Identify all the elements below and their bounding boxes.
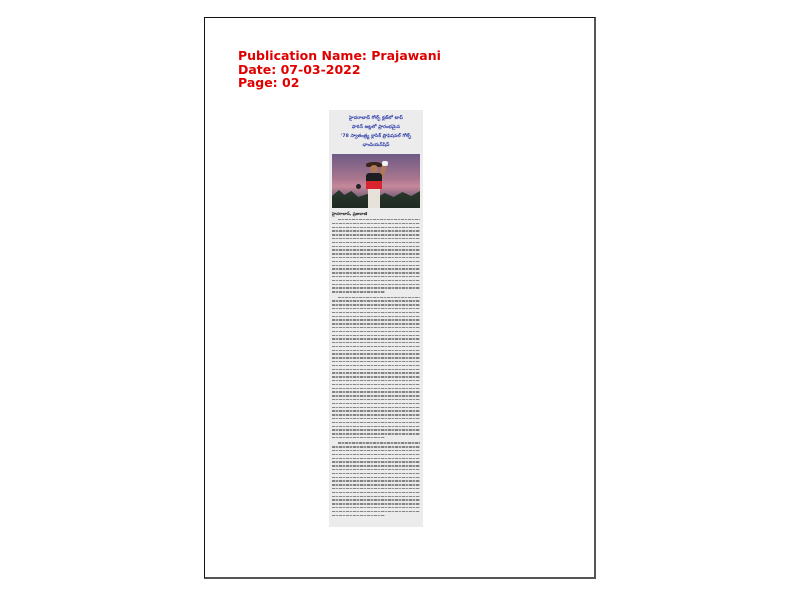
article-text-line xyxy=(332,342,420,343)
article-text-line xyxy=(332,249,420,250)
article-text-line xyxy=(332,499,420,500)
article-text-line xyxy=(332,265,420,266)
article-text-line xyxy=(332,454,420,455)
article-dateline: హైదరాబాద్, ప్రజావాణి xyxy=(332,211,420,217)
article-text-line xyxy=(332,403,420,404)
article-text-line xyxy=(332,450,420,451)
article-text-line xyxy=(332,369,420,370)
article-text-line xyxy=(332,246,420,247)
article-text-line xyxy=(332,284,420,285)
article-text-line xyxy=(332,308,420,309)
article-text-line xyxy=(332,426,420,427)
article-text-line xyxy=(332,511,420,512)
article-text-line xyxy=(332,316,420,317)
headline-line: హైదరాబాద్ గోల్ఫ్ క్లబ్‌లో టాప్ xyxy=(334,114,418,123)
article-text-line xyxy=(332,484,420,485)
article-text-line xyxy=(332,346,420,347)
article-text-line xyxy=(332,312,420,313)
article-body xyxy=(332,219,420,519)
article-text-line xyxy=(332,227,420,228)
article-text-line xyxy=(332,242,420,243)
headline-line: ఛాంపియన్‌షిప్ xyxy=(334,141,418,150)
article-text-line xyxy=(332,473,420,474)
article-text-line xyxy=(332,488,420,489)
headline-line: ఫారిన్ జట్లలో ప్రారంభమైన xyxy=(334,123,418,132)
article-text-line xyxy=(332,253,420,254)
article-text-line xyxy=(332,230,420,231)
article-text-line xyxy=(332,507,420,508)
article-text-line xyxy=(332,477,420,478)
article-text-line xyxy=(332,338,420,339)
article-text-line xyxy=(332,276,420,277)
photo-golfer-shirt xyxy=(366,173,382,181)
photo-golfer-pants xyxy=(368,189,380,208)
article-text-line xyxy=(332,458,420,459)
article-text-line xyxy=(332,391,420,392)
article-text-line xyxy=(332,350,420,351)
article-text-line xyxy=(332,287,420,288)
article-text-line xyxy=(332,492,420,493)
publication-meta: Publication Name: Prajawani Date: 07-03-… xyxy=(238,49,441,90)
article-text-line xyxy=(332,280,420,281)
photo-golf-club xyxy=(356,184,361,189)
article-text-line xyxy=(332,437,385,438)
article-text-line xyxy=(332,353,420,354)
article-text-line xyxy=(332,335,420,336)
article-text-line xyxy=(332,365,420,366)
article-text-line xyxy=(332,261,420,262)
article-text-line xyxy=(332,257,420,258)
article-text-line xyxy=(332,407,420,408)
article-text-line xyxy=(338,219,420,220)
article-photo xyxy=(332,154,420,208)
article-text-line xyxy=(332,384,420,385)
article-text-line xyxy=(332,480,420,481)
article-text-line xyxy=(332,418,420,419)
article-text-line xyxy=(332,272,420,273)
article-text-line xyxy=(332,515,385,516)
article-text-line xyxy=(332,429,420,430)
article-text-line xyxy=(332,410,420,411)
newspaper-clipping: హైదరాబాద్ గోల్ఫ్ క్లబ్‌లో టాప్ ఫారిన్ జట… xyxy=(329,110,423,527)
article-text-line xyxy=(332,268,420,269)
publication-name: Publication Name: Prajawani xyxy=(238,49,441,63)
article-text-line xyxy=(332,291,385,292)
article-text-line xyxy=(332,223,420,224)
article-text-line xyxy=(332,433,420,434)
article-headline: హైదరాబాద్ గోల్ఫ్ క్లబ్‌లో టాప్ ఫారిన్ జట… xyxy=(332,113,420,153)
article-text-line xyxy=(332,238,420,239)
article-text-line xyxy=(332,300,420,301)
article-text-line xyxy=(332,388,420,389)
publication-date: Date: 07-03-2022 xyxy=(238,63,441,77)
article-text-line xyxy=(332,304,420,305)
article-text-line xyxy=(332,319,420,320)
article-text-line xyxy=(332,331,420,332)
article-text-line xyxy=(332,446,420,447)
article-text-line xyxy=(338,297,420,298)
article-text-line xyxy=(332,372,420,373)
photo-golfer-glove xyxy=(382,161,388,166)
headline-line: '78 స్వాతంత్ర్య క్లాసిక్ ప్రొఫెషనల్ గోల్… xyxy=(334,132,418,141)
article-text-line xyxy=(332,380,420,381)
article-text-line xyxy=(332,395,420,396)
photo-golfer-shirt-red xyxy=(366,181,382,189)
article-text-line xyxy=(332,376,420,377)
article-text-line xyxy=(332,414,420,415)
article-text-line xyxy=(332,234,420,235)
article-text-line xyxy=(338,442,420,443)
article-text-line xyxy=(332,399,420,400)
article-text-line xyxy=(332,465,420,466)
article-text-line xyxy=(332,496,420,497)
article-text-line xyxy=(332,503,420,504)
article-text-line xyxy=(332,469,420,470)
article-text-line xyxy=(332,323,420,324)
article-text-line xyxy=(332,357,420,358)
article-text-line xyxy=(332,361,420,362)
article-text-line xyxy=(332,422,420,423)
article-text-line xyxy=(332,461,420,462)
photo-golfer-head xyxy=(370,165,378,173)
publication-page: Page: 02 xyxy=(238,76,441,90)
article-text-line xyxy=(332,327,420,328)
